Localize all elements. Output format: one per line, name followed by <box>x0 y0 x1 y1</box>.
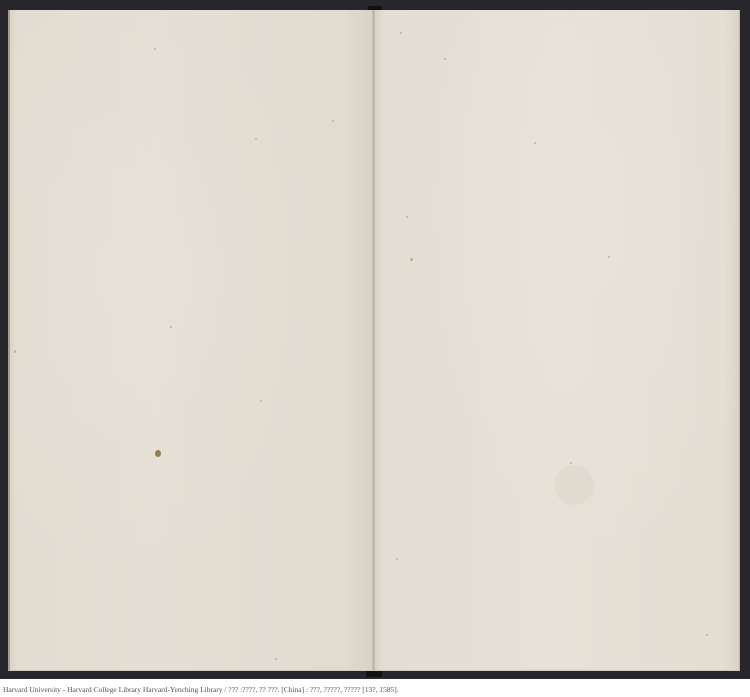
paper-speck <box>14 350 16 353</box>
paper-speck <box>706 634 708 636</box>
paper-speck <box>154 48 156 50</box>
paper-speck <box>275 658 277 660</box>
left-page <box>8 10 374 671</box>
right-page <box>374 10 740 671</box>
paper-speck <box>400 32 402 34</box>
paper-speck <box>260 400 262 402</box>
paper-speck <box>570 462 572 464</box>
paper-speck <box>396 558 398 560</box>
spine-shadow-top <box>368 6 382 10</box>
spine-shadow-bottom <box>366 671 382 677</box>
paper-speck <box>406 216 408 218</box>
paper-speck <box>534 142 536 144</box>
source-caption: Harvard University - Harvard College Lib… <box>3 685 747 697</box>
book-spread <box>8 10 742 671</box>
paper-speck <box>332 120 334 122</box>
paper-speck <box>255 138 257 140</box>
book-spine <box>372 10 375 671</box>
paper-speck <box>170 326 172 328</box>
paper-speck <box>608 256 610 258</box>
paper-blot <box>554 465 594 505</box>
scan-background <box>0 0 750 679</box>
paper-speck <box>410 258 413 261</box>
paper-stain <box>155 450 161 457</box>
paper-speck <box>444 58 446 60</box>
